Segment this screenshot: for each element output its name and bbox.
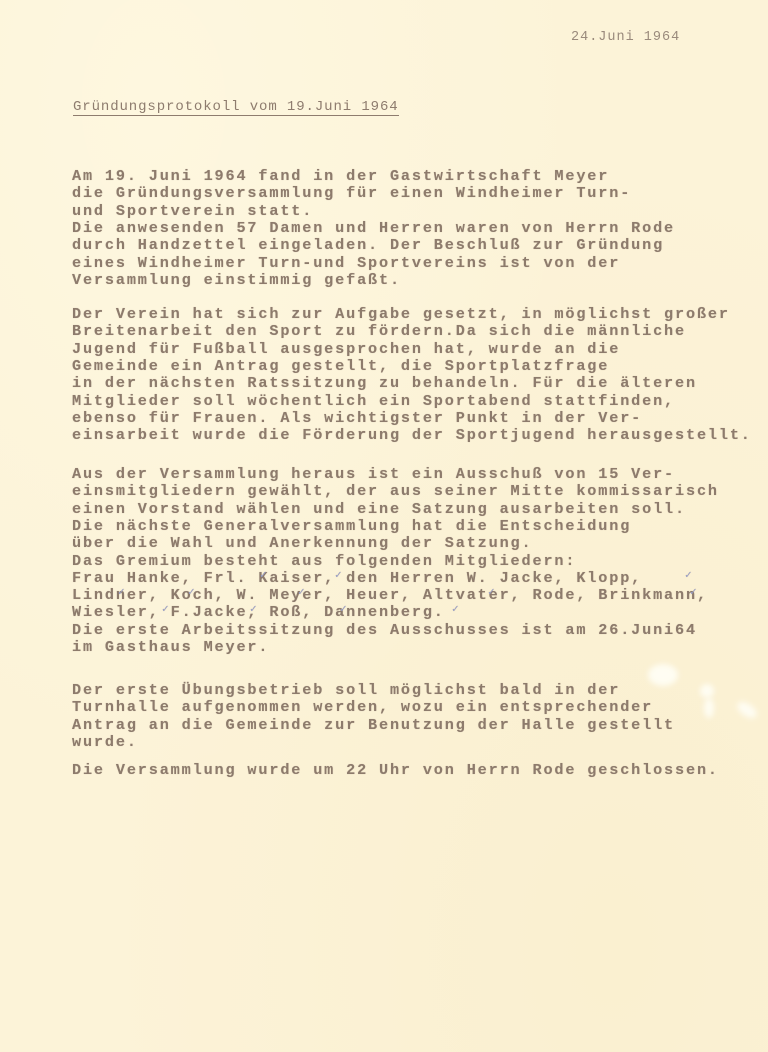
- text-line: Gemeinde ein Antrag gestellt, die Sportp…: [72, 358, 609, 375]
- paper-stain: [700, 684, 714, 698]
- text-line: die Gründungsversammlung für einen Windh…: [72, 185, 631, 202]
- text-line: Am 19. Juni 1964 fand in der Gastwirtsch…: [72, 168, 609, 185]
- text-line: durch Handzettel eingeladen. Der Beschlu…: [72, 237, 664, 254]
- text-line: wurde.: [72, 734, 138, 751]
- paper-stain: [648, 664, 678, 686]
- check-mark-icon: ✓: [298, 585, 305, 602]
- text-line: Die Versammlung wurde um 22 Uhr von Herr…: [72, 762, 719, 779]
- text-line: Frau Hanke, Frl. Kaiser, den Herren W. J…: [72, 570, 642, 587]
- check-mark-icon: ✓: [335, 568, 342, 585]
- text-line: Der erste Übungsbetrieb soll möglichst b…: [72, 682, 620, 699]
- text-line: im Gasthaus Meyer.: [72, 639, 269, 656]
- check-mark-icon: ✓: [260, 568, 267, 585]
- check-mark-icon: ✓: [162, 602, 169, 619]
- text-line: einsarbeit wurde die Förderung der Sport…: [72, 427, 752, 444]
- check-mark-icon: ✓: [250, 602, 257, 619]
- check-mark-icon: ✓: [340, 602, 347, 619]
- text-line: Breitenarbeit den Sport zu fördern.Da si…: [72, 323, 686, 340]
- check-mark-icon: ✓: [690, 585, 697, 602]
- text-line: Das Gremium besteht aus folgenden Mitgli…: [72, 553, 576, 570]
- text-line: Die erste Arbeitssitzung des Ausschusses…: [72, 622, 697, 639]
- check-mark-icon: ✓: [188, 585, 195, 602]
- text-line: Der Verein hat sich zur Aufgabe gesetzt,…: [72, 306, 730, 323]
- text-line: Die nächste Generalversammlung hat die E…: [72, 518, 631, 535]
- text-line: und Sportverein statt.: [72, 203, 313, 220]
- text-line: Jugend für Fußball ausgesprochen hat, wu…: [72, 341, 620, 358]
- check-mark-icon: ✓: [488, 585, 495, 602]
- text-line: Die anwesenden 57 Damen und Herren waren…: [72, 220, 675, 237]
- text-line: einen Vorstand wählen und eine Satzung a…: [72, 501, 686, 518]
- text-line: Aus der Versammlung heraus ist ein Aussc…: [72, 466, 675, 483]
- text-line: Wiesler, F.Jacke, Roß, Dannenberg.: [72, 604, 445, 621]
- check-mark-icon: ✓: [118, 585, 125, 602]
- text-line: Versammlung einstimmig gefaßt.: [72, 272, 401, 289]
- text-line: ebenso für Frauen. Als wichtigster Punkt…: [72, 410, 642, 427]
- check-mark-icon: ✓: [685, 568, 692, 585]
- text-line: Antrag an die Gemeinde zur Benutzung der…: [72, 717, 675, 734]
- text-line: Mitglieder soll wöchentlich ein Sportabe…: [72, 393, 675, 410]
- check-mark-icon: ✓: [452, 602, 459, 619]
- paper-stain: [704, 698, 714, 718]
- document-title: Gründungsprotokoll vom 19.Juni 1964: [73, 99, 399, 116]
- text-line: in der nächsten Ratssitzung zu behandeln…: [72, 375, 697, 392]
- document-date: 24.Juni 1964: [571, 30, 680, 45]
- text-line: Turnhalle aufgenommen werden, wozu ein e…: [72, 699, 653, 716]
- text-line: einsmitgliedern gewählt, der aus seiner …: [72, 483, 719, 500]
- text-line: über die Wahl und Anerkennung der Satzun…: [72, 535, 533, 552]
- text-line: eines Windheimer Turn-und Sportvereins i…: [72, 255, 620, 272]
